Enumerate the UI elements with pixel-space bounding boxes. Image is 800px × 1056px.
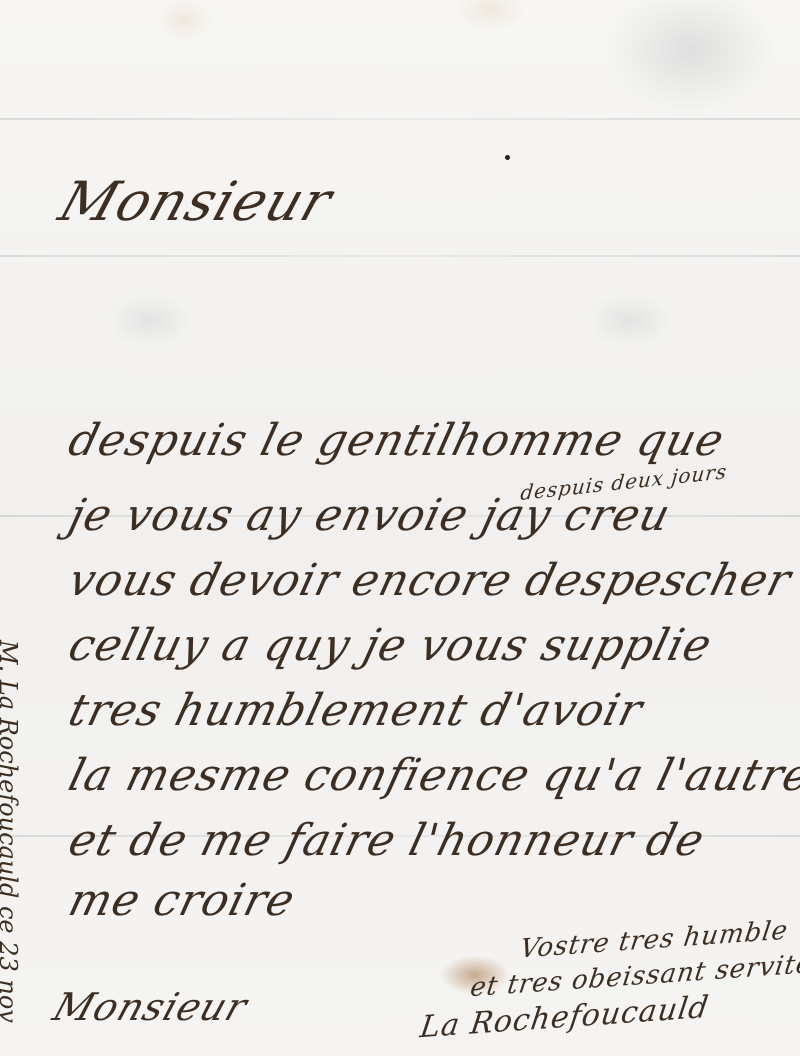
body-line-7: et de me faire l'honneur de (64, 815, 710, 866)
paper-fold-line (0, 255, 800, 257)
margin-note: M. La Rochefoucauld ce 23 nov (0, 640, 22, 1023)
body-line-4: celluy a quy je vous supplie (64, 620, 718, 671)
ink-dot (505, 155, 510, 160)
paper-fold-line (0, 118, 800, 120)
address-footer: Monsieur (48, 985, 253, 1029)
body-line-3: vous devoir encore despescher (64, 555, 797, 606)
salutation: Monsieur (52, 170, 341, 233)
signature: La Rochefoucauld (418, 990, 711, 1046)
body-line-2: je vous ay envoie jay creu (64, 490, 676, 541)
letter-page: Monsieur despuis le gentilhomme que desp… (0, 0, 800, 1056)
body-line-5: tres humblement d'avoir (64, 685, 648, 736)
body-line-6: la mesme confience qu'a l'autre (64, 750, 800, 801)
body-line-8: me croire (64, 875, 301, 926)
body-line-1: despuis le gentilhomme que (64, 415, 730, 466)
